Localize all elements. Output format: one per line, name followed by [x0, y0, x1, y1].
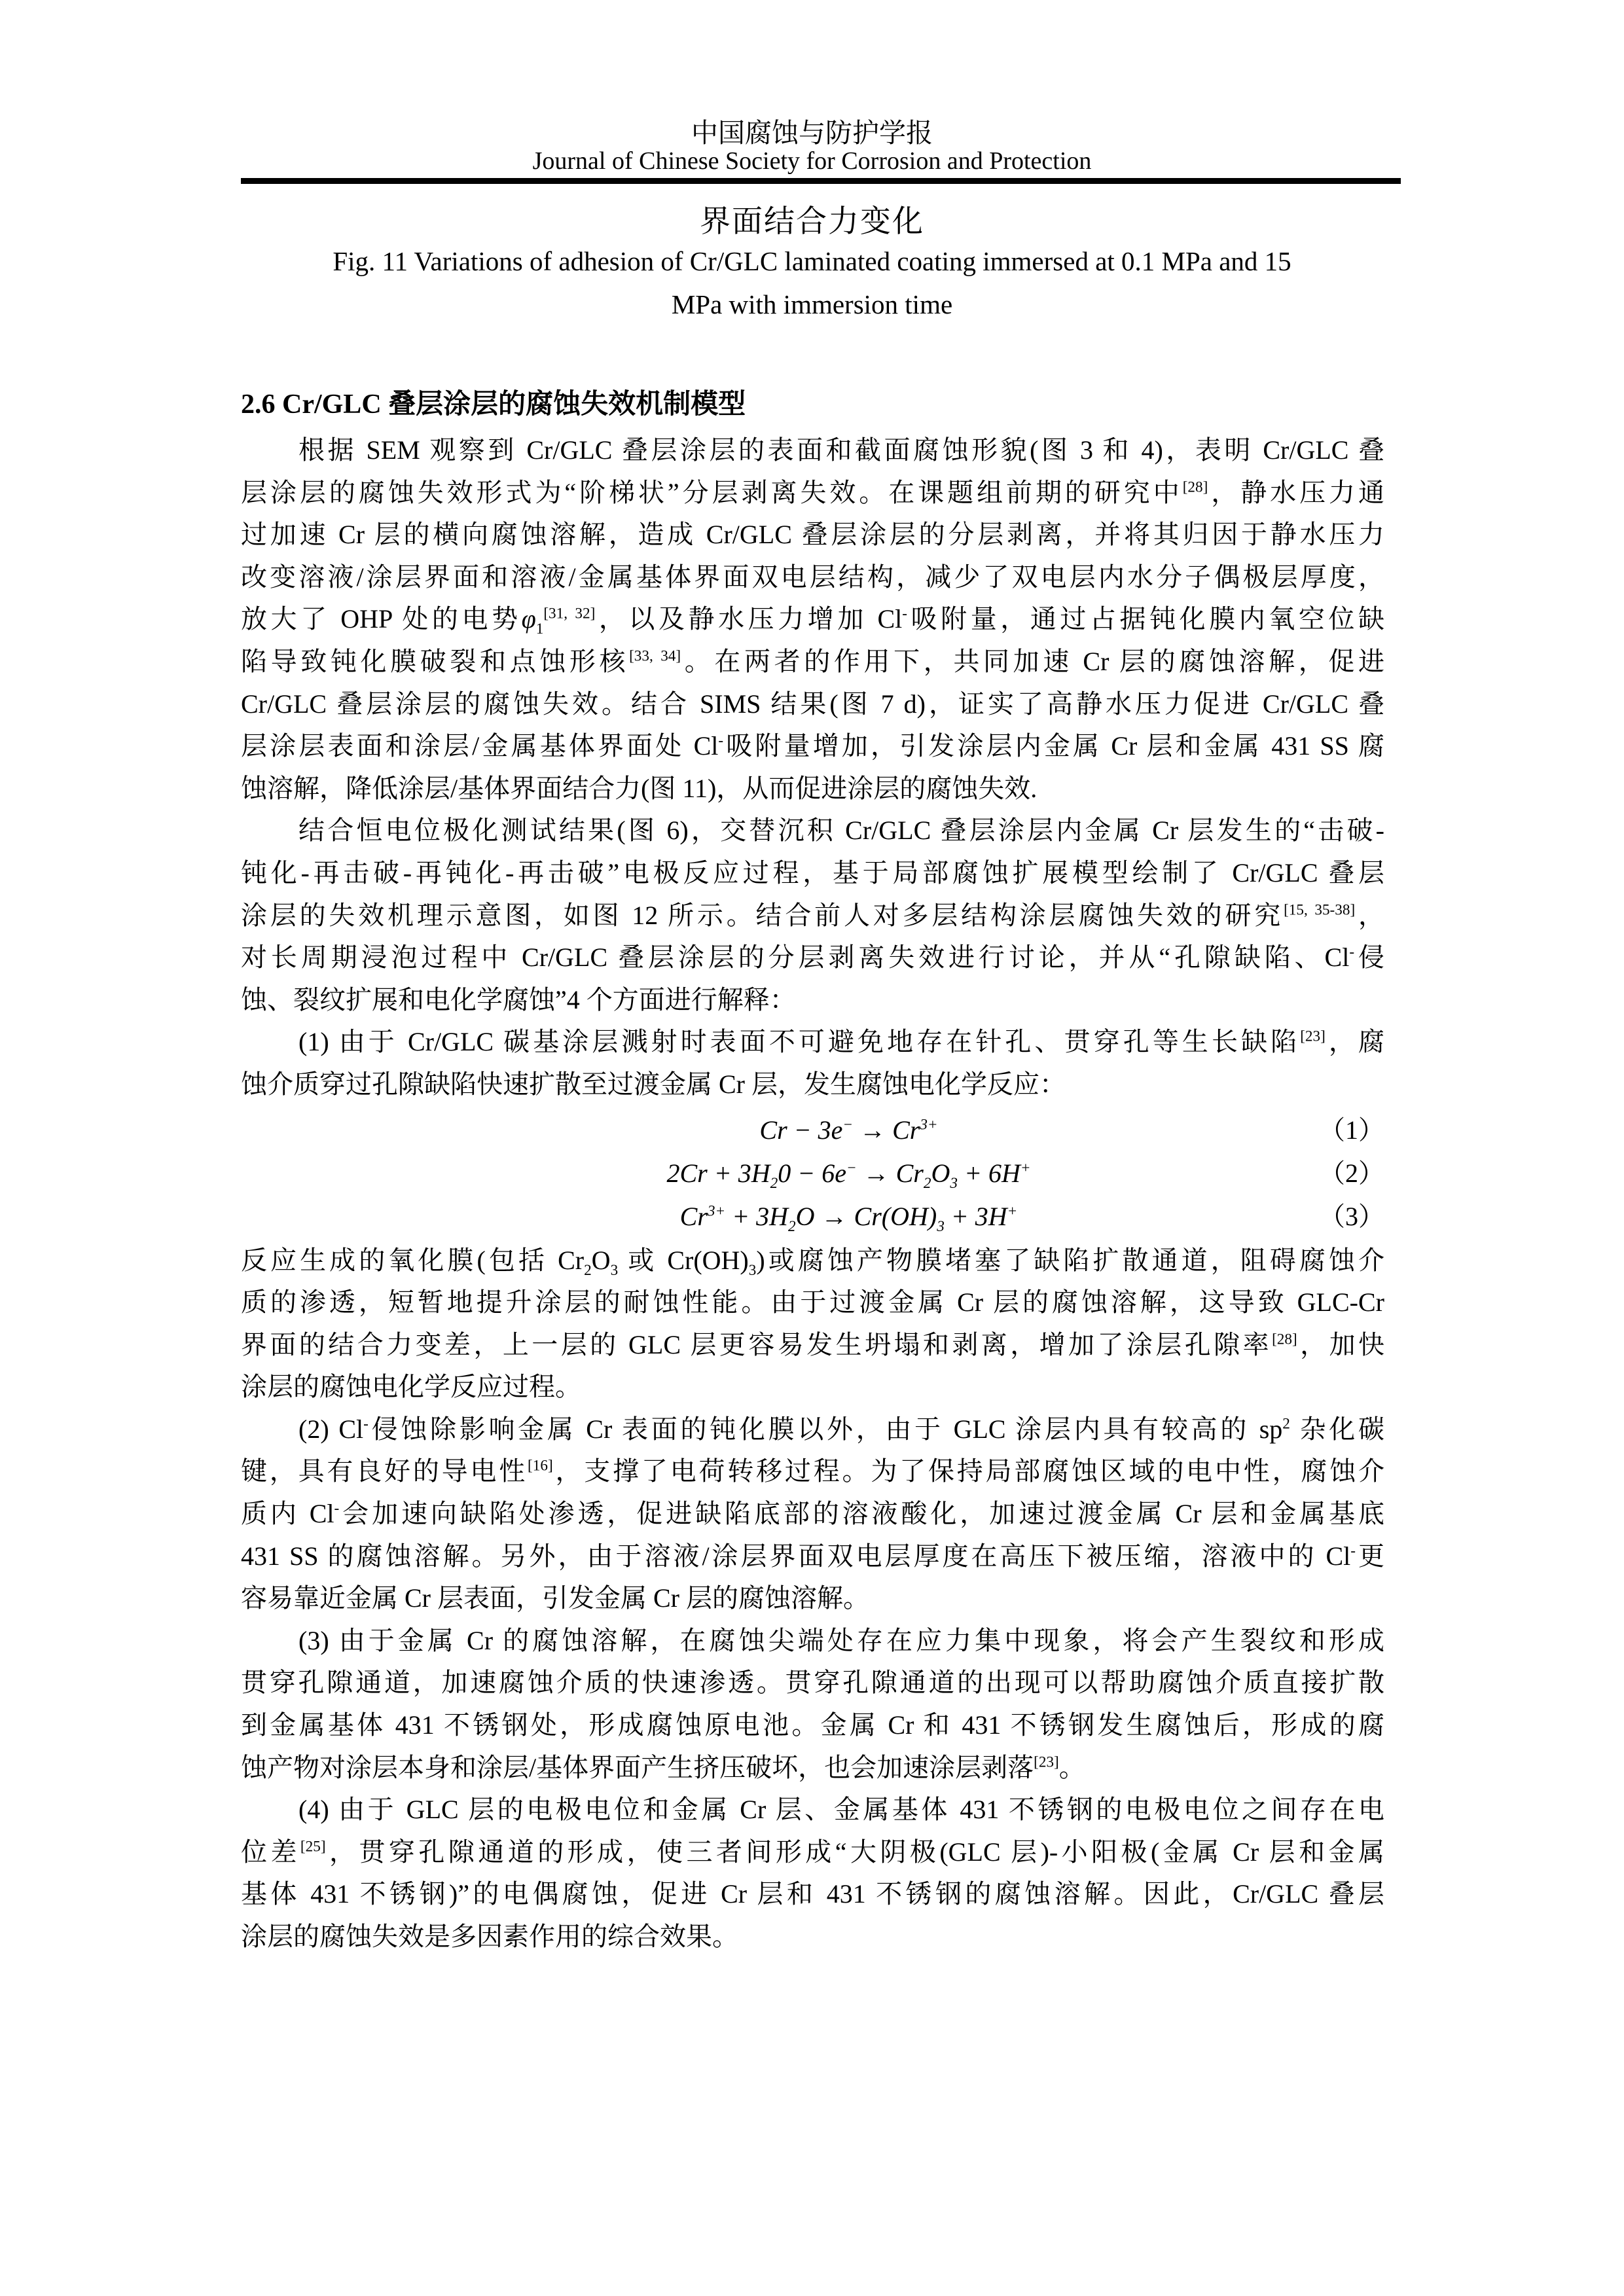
- equation: Cr3+ + 3H2O → Cr(OH)3 + 3H+: [680, 1202, 1018, 1231]
- body-text-line: 蚀产物对涂层本身和涂层/基体界面产生挤压破坏，也会加速涂层剥落[23]。: [241, 1747, 1384, 1789]
- body-text-line: (2) Cl-侵蚀除影响金属 Cr 表面的钝化膜以外，由于 GLC 涂层内具有较…: [241, 1408, 1384, 1451]
- journal-title-cn: 中国腐蚀与防护学报: [0, 111, 1624, 150]
- body-text-line: 涂层的腐蚀失效是多因素作用的综合效果。: [241, 1916, 1384, 1958]
- body-text-line: (4) 由于 GLC 层的电极电位和金属 Cr 层、金属基体 431 不锈钢的电…: [241, 1789, 1384, 1831]
- body-text-line: 过加速 Cr 层的横向腐蚀溶解，造成 Cr/GLC 叠层涂层的分层剥离，并将其归…: [241, 514, 1384, 556]
- body-text-line: 键，具有良好的导电性[16]，支撑了电荷转移过程。为了保持局部腐蚀区域的电中性，…: [241, 1450, 1384, 1493]
- equation-number: （1）: [1319, 1109, 1384, 1152]
- body-text-line: 涂层的失效机理示意图，如图 12 所示。结合前人对多层结构涂层腐蚀失效的研究[1…: [241, 895, 1384, 937]
- body-content: 根据 SEM 观察到 Cr/GLC 叠层涂层的表面和截面腐蚀形貌(图 3 和 4…: [241, 429, 1384, 1958]
- body-text-line: 改变溶液/涂层界面和溶液/金属基体界面双电层结构，减少了双电层内水分子偶极层厚度…: [241, 556, 1384, 599]
- body-text-line: 贯穿孔隙通道，加速腐蚀介质的快速渗透。贯穿孔隙通道的出现可以帮助腐蚀介质直接扩散: [241, 1662, 1384, 1704]
- body-text-line: 层涂层表面和涂层/金属基体界面处 Cl-吸附量增加，引发涂层内金属 Cr 层和金…: [241, 725, 1384, 768]
- equation-block: Cr − 3e− → Cr3+（1）2Cr + 3H20 − 6e− → Cr2…: [241, 1109, 1384, 1238]
- body-text-line: 基体 431 不锈钢)”的电偶腐蚀，促进 Cr 层和 431 不锈钢的腐蚀溶解。…: [241, 1873, 1384, 1916]
- equation-row: 2Cr + 3H20 − 6e− → Cr2O3 + 6H+（2）: [241, 1152, 1384, 1195]
- body-text-line: 反应生成的氧化膜(包括 Cr2O3 或 Cr(OH)3)或腐蚀产物膜堵塞了缺陷扩…: [241, 1240, 1384, 1282]
- document-page: 中国腐蚀与防护学报 Journal of Chinese Society for…: [0, 0, 1624, 2296]
- body-text-line: 陷导致钝化膜破裂和点蚀形核[33, 34]。在两者的作用下，共同加速 Cr 层的…: [241, 641, 1384, 683]
- equation-row: Cr − 3e− → Cr3+（1）: [241, 1109, 1384, 1152]
- section-heading: 2.6 Cr/GLC 叠层涂层的腐蚀失效机制模型: [241, 382, 1401, 422]
- body-text-line: 对长周期浸泡过程中 Cr/GLC 叠层涂层的分层剥离失效进行讨论，并从“孔隙缺陷…: [241, 937, 1384, 979]
- body-text-line: 结合恒电位极化测试结果(图 6)，交替沉积 Cr/GLC 叠层涂层内金属 Cr …: [241, 810, 1384, 852]
- body-text-line: 蚀介质穿过孔隙缺陷快速扩散至过渡金属 Cr 层，发生腐蚀电化学反应：: [241, 1064, 1384, 1106]
- body-text-line: 涂层的腐蚀电化学反应过程。: [241, 1366, 1384, 1408]
- figure-caption-line2: MPa with immersion time: [0, 289, 1624, 320]
- body-text-line: 位差[25]，贯穿孔隙通道的形成，使三者间形成“大阴极(GLC 层)-小阳极(金…: [241, 1831, 1384, 1874]
- equation-number: （3）: [1319, 1195, 1384, 1238]
- equation-row: Cr3+ + 3H2O → Cr(OH)3 + 3H+（3）: [241, 1195, 1384, 1238]
- body-text-line: (1) 由于 Cr/GLC 碳基涂层溅射时表面不可避免地存在针孔、贯穿孔等生长缺…: [241, 1021, 1384, 1064]
- body-text-line: 钝化-再击破-再钝化-再击破”电极反应过程，基于局部腐蚀扩展模型绘制了 Cr/G…: [241, 852, 1384, 895]
- figure-caption-cn: 界面结合力变化: [0, 197, 1624, 241]
- equation-number: （2）: [1319, 1152, 1384, 1195]
- body-text-line: 质内 Cl-会加速向缺陷处渗透，促进缺陷底部的溶液酸化，加速过渡金属 Cr 层和…: [241, 1493, 1384, 1535]
- body-text-line: 层涂层的腐蚀失效形式为“阶梯状”分层剥离失效。在课题组前期的研究中[28]，静水…: [241, 472, 1384, 514]
- equation: 2Cr + 3H20 − 6e− → Cr2O3 + 6H+: [667, 1158, 1031, 1188]
- journal-title-en: Journal of Chinese Society for Corrosion…: [0, 147, 1624, 175]
- body-text-line: 放大了 OHP 处的电势φ1[31, 32]，以及静水压力增加 Cl-吸附量，通…: [241, 598, 1384, 641]
- body-text-line: 蚀溶解，降低涂层/基体界面结合力(图 11)，从而促进涂层的腐蚀失效.: [241, 768, 1384, 810]
- body-text-line: Cr/GLC 叠层涂层的腐蚀失效。结合 SIMS 结果(图 7 d)，证实了高静…: [241, 683, 1384, 726]
- body-text-line: 界面的结合力变差，上一层的 GLC 层更容易发生坍塌和剥离，增加了涂层孔隙率[2…: [241, 1324, 1384, 1367]
- body-text-line: 根据 SEM 观察到 Cr/GLC 叠层涂层的表面和截面腐蚀形貌(图 3 和 4…: [241, 429, 1384, 472]
- body-text-line: 质的渗透，短暂地提升涂层的耐蚀性能。由于过渡金属 Cr 层的腐蚀溶解，这导致 G…: [241, 1282, 1384, 1324]
- body-text-line: 到金属基体 431 不锈钢处，形成腐蚀原电池。金属 Cr 和 431 不锈钢发生…: [241, 1704, 1384, 1747]
- equation: Cr − 3e− → Cr3+: [759, 1115, 937, 1145]
- header-divider-rule: [241, 178, 1401, 184]
- body-text-line: (3) 由于金属 Cr 的腐蚀溶解，在腐蚀尖端处存在应力集中现象，将会产生裂纹和…: [241, 1620, 1384, 1662]
- body-text-line: 蚀、裂纹扩展和电化学腐蚀”4 个方面进行解释：: [241, 979, 1384, 1022]
- body-text-line: 容易靠近金属 Cr 层表面，引发金属 Cr 层的腐蚀溶解。: [241, 1577, 1384, 1620]
- figure-caption-line1: Fig. 11 Variations of adhesion of Cr/GLC…: [0, 245, 1624, 277]
- body-text-line: 431 SS 的腐蚀溶解。另外，由于溶液/涂层界面双电层厚度在高压下被压缩，溶液…: [241, 1535, 1384, 1578]
